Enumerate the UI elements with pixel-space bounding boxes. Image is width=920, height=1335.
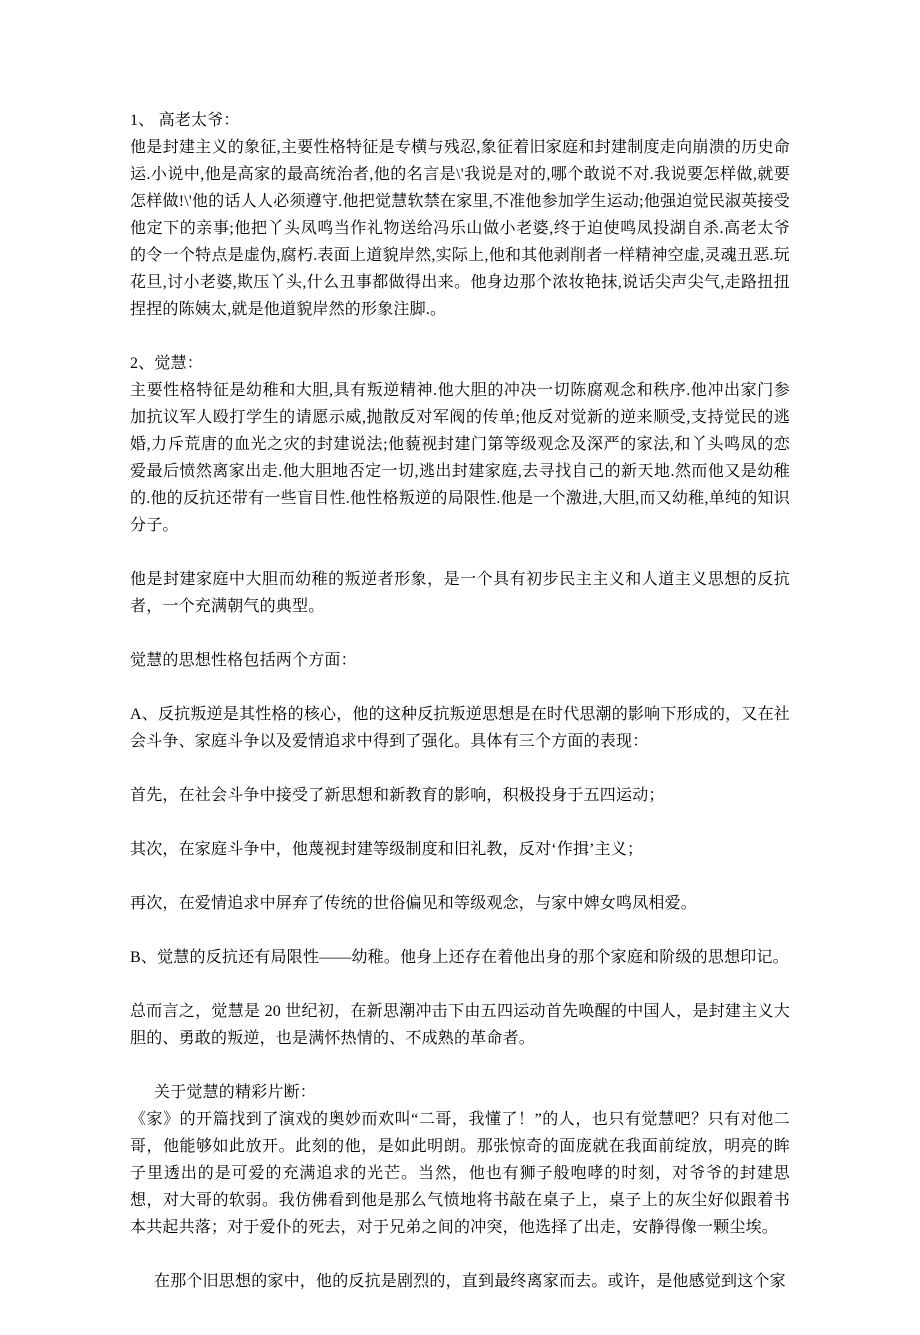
paragraph-aspect-a: A、反抗叛逆是其性格的核心，他的这种反抗叛逆思想是在时代思潮的影响下形成的，又在… <box>130 701 790 755</box>
paragraph-excerpt-body: 《家》的开篇找到了演戏的奥妙而欢叫“二哥，我懂了！”的人，也只有觉慧吧？只有对他… <box>130 1106 790 1241</box>
section-1-body: 他是封建主义的象征,主要性格特征是专横与残忍,象征着旧家庭和封建制度走向崩溃的历… <box>130 134 790 323</box>
paragraph-second-point: 其次，在家庭斗争中，他蔑视封建等级制度和旧礼教，反对‘作揖’主义； <box>130 836 790 863</box>
paragraph-final: 在那个旧思想的家中，他的反抗是剧烈的，直到最终离家而去。或许，是他感觉到这个家 <box>130 1268 790 1295</box>
section-1-heading: 1、 高老太爷： <box>130 107 790 134</box>
section-2-heading: 2、觉慧： <box>130 350 790 377</box>
paragraph-aspect-b: B、觉慧的反抗还有局限性——幼稚。他身上还存在着他出身的那个家庭和阶级的思想印记… <box>130 944 790 971</box>
paragraph-conclusion: 总而言之，觉慧是 20 世纪初，在新思潮冲击下由五四运动首先唤醒的中国人，是封建… <box>130 998 790 1052</box>
section-2-body: 主要性格特征是幼稚和大胆,具有叛逆精神.他大胆的冲决一切陈腐观念和秩序.他冲出家… <box>130 377 790 539</box>
paragraph-two-aspects-intro: 觉慧的思想性格包括两个方面： <box>130 647 790 674</box>
paragraph-third-point: 再次，在爱情追求中屏弃了传统的世俗偏见和等级观念，与家中婢女鸣凤相爱。 <box>130 890 790 917</box>
paragraph-excerpt-heading: 关于觉慧的精彩片断： <box>130 1079 790 1106</box>
paragraph-first-point: 首先，在社会斗争中接受了新思想和新教育的影响，积极投身于五四运动； <box>130 782 790 809</box>
document-background: { "page": { "background_color": "#ffffff… <box>0 0 920 1335</box>
paragraph-juehui-image: 他是封建家庭中大胆而幼稚的叛逆者形象，是一个具有初步民主主义和人道主义思想的反抗… <box>130 566 790 620</box>
document-page: 1、 高老太爷： 他是封建主义的象征,主要性格特征是专横与残忍,象征着旧家庭和封… <box>0 0 920 1335</box>
